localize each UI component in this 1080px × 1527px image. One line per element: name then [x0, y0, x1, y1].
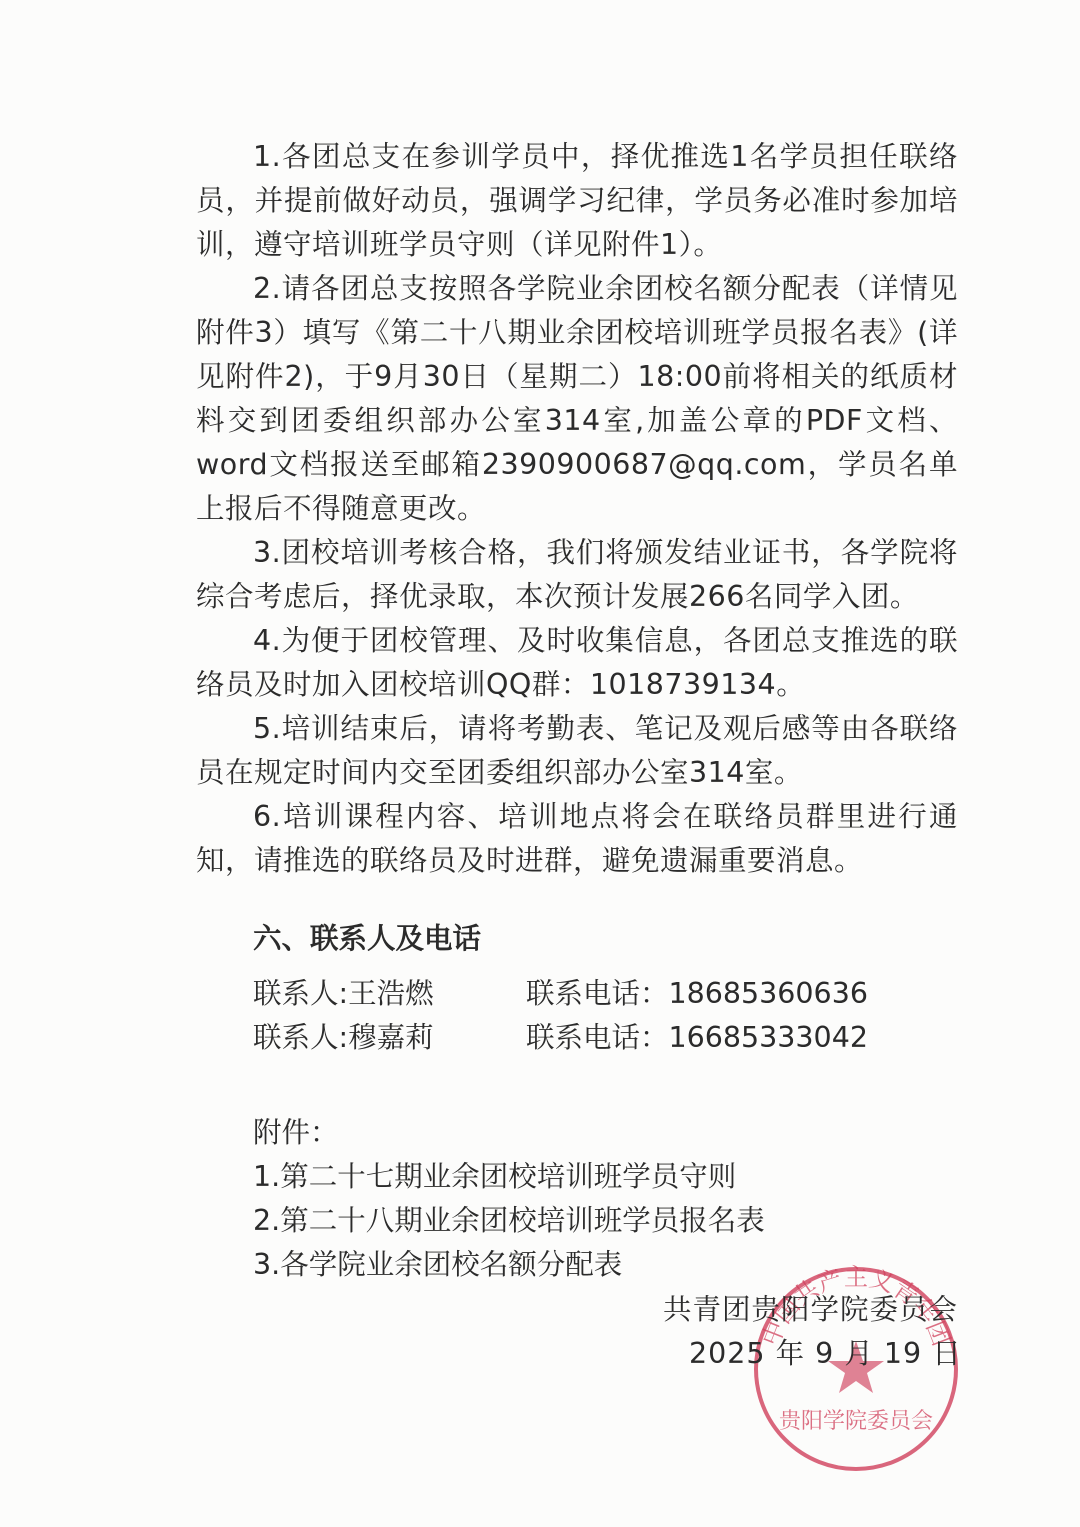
paragraph-6: 6.培训课程内容、培训地点将会在联络员群里进行通知，请推选的联络员及时进群，避免…: [196, 795, 958, 883]
attachment-item: 2.第二十八期业余团校培训班学员报名表: [253, 1199, 765, 1243]
paragraph-5: 5.培训结束后，请将考勤表、笔记及观后感等由各联络员在规定时间内交至团委组织部办…: [196, 707, 958, 795]
svg-text:贵阳学院委员会: 贵阳学院委员会: [779, 1409, 933, 1434]
paragraph-3: 3.团校培训考核合格，我们将颁发结业证书，各学院将综合考虑后，择优录取，本次预计…: [196, 531, 958, 619]
contact-phone: 联系电话：16685333042: [526, 1016, 868, 1060]
contact-heading: 六、联系人及电话: [253, 917, 481, 961]
body-text: 1.各团总支在参训学员中，择优推选1名学员担任联络员，并提前做好动员，强调学习纪…: [196, 135, 958, 883]
attachment-item: 3.各学院业余团校名额分配表: [253, 1243, 622, 1287]
contact-name: 联系人:王浩燃: [253, 972, 434, 1016]
paragraph-4: 4.为便于团校管理、及时收集信息，各团总支推选的联络员及时加入团校培训QQ群：1…: [196, 619, 958, 707]
contact-name: 联系人:穆嘉莉: [253, 1016, 434, 1060]
document-page: 1.各团总支在参训学员中，择优推选1名学员担任联络员，并提前做好动员，强调学习纪…: [0, 0, 1080, 1527]
paragraph-2: 2.请各团总支按照各学院业余团校名额分配表（详情见附件3）填写《第二十八期业余团…: [196, 267, 958, 531]
attachment-item: 1.第二十七期业余团校培训班学员守则: [253, 1155, 736, 1199]
attachments-label: 附件：: [253, 1111, 339, 1155]
paragraph-1: 1.各团总支在参训学员中，择优推选1名学员担任联络员，并提前做好动员，强调学习纪…: [196, 135, 958, 267]
contact-phone: 联系电话：18685360636: [526, 972, 868, 1016]
signature-date: 2025 年 9 月 19 日: [689, 1332, 962, 1376]
signature-org: 共青团贵阳学院委员会: [663, 1288, 958, 1332]
